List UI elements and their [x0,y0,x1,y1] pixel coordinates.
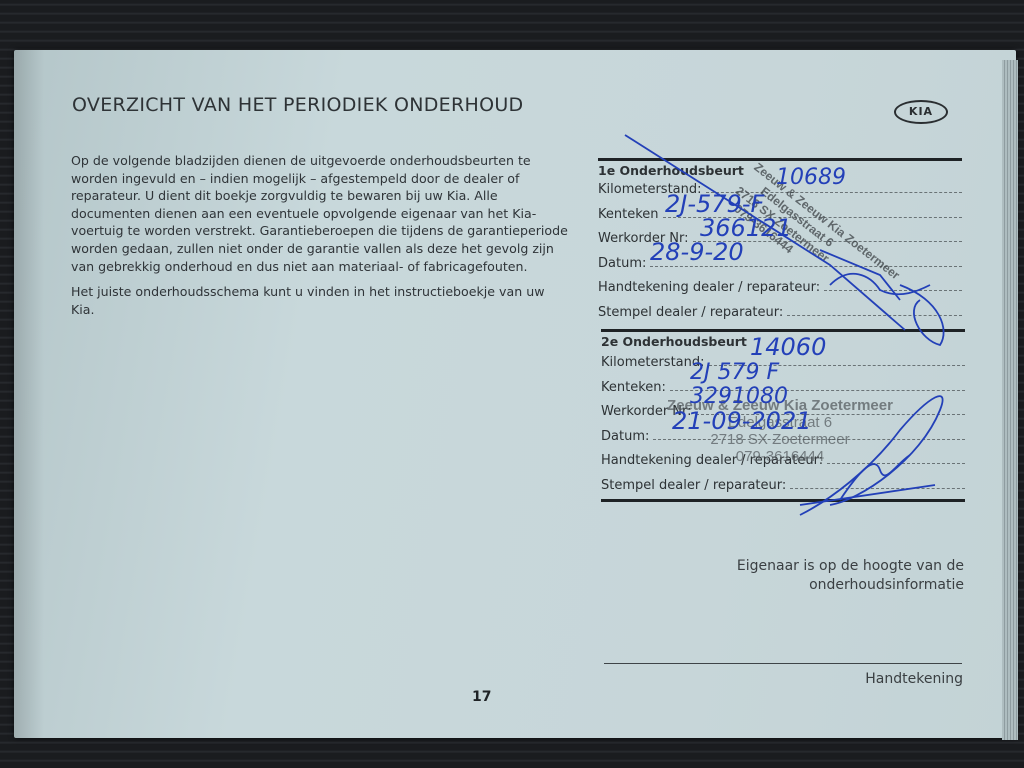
section-rule [598,158,962,161]
intro-paragraph: Op de volgende bladzijden dienen de uitg… [71,152,571,275]
handwritten-km-1: 10689 [776,165,846,190]
handwritten-kenteken-2: 2J 579 F [690,360,779,385]
page-fold-shadow [14,50,44,738]
kia-logo: KIA [894,100,948,124]
owner-note: Eigenaar is op de hoogte van de onderhou… [737,557,964,595]
intro-text: Op de volgende bladzijden dienen de uitg… [71,152,571,326]
handwritten-datum-2: 21-09-2021 [672,407,811,435]
page-number: 17 [472,689,491,705]
handwritten-datum-1: 28-9-20 [650,238,744,266]
page-title: OVERZICHT VAN HET PERIODIEK ONDERHOUD [72,94,523,116]
handwritten-km-2: 14060 [750,333,826,361]
page-stack-edge [1002,60,1018,740]
owner-signature-line[interactable] [604,663,962,664]
field-stempel[interactable]: Stempel dealer / reparateur: [601,468,965,493]
owner-signature-label: Handtekening [865,671,963,687]
section-end-rule [601,499,965,502]
handwritten-werkorder-2: 3291080 [690,384,788,409]
intro-paragraph: Het juiste onderhoudsschema kunt u vinde… [71,283,571,318]
